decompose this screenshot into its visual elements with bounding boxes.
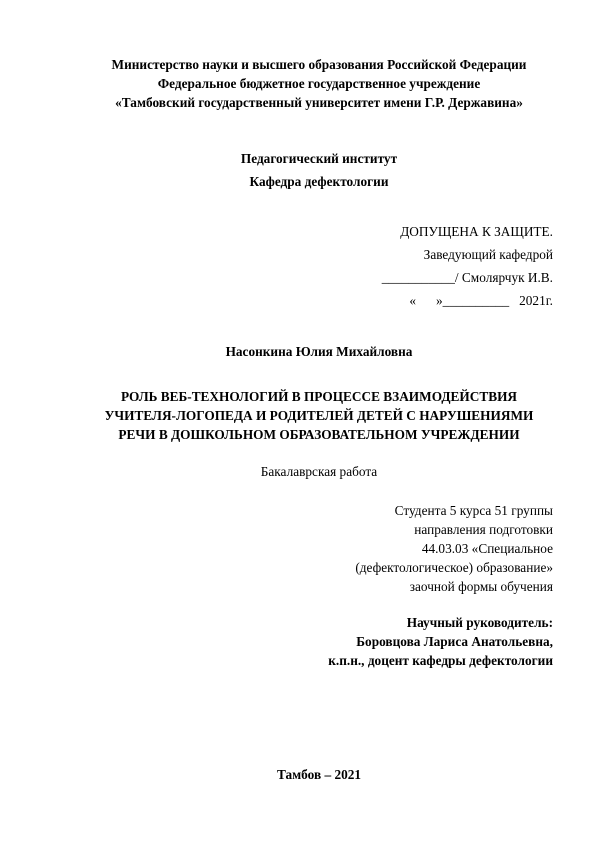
city-year: Тамбов – 2021 xyxy=(85,767,553,783)
approval-head-title: Заведующий кафедрой xyxy=(85,247,553,263)
thesis-title-line-2: УЧИТЕЛЯ-ЛОГОПЕДА И РОДИТЕЛЕЙ ДЕТЕЙ С НАР… xyxy=(85,408,553,424)
supervisor-name: Боровцова Лариса Анатольевна, xyxy=(85,634,553,650)
supervisor-label: Научный руководитель: xyxy=(85,615,553,631)
institute-line: Педагогический институт xyxy=(85,151,553,167)
author-name: Насонкина Юлия Михайловна xyxy=(85,344,553,360)
approval-status: ДОПУЩЕНА К ЗАЩИТЕ. xyxy=(85,224,553,240)
title-page: Министерство науки и высшего образования… xyxy=(85,0,553,841)
student-info-line-2: направления подготовки xyxy=(85,522,553,538)
approval-signature-line: ___________/ Смолярчук И.В. xyxy=(85,270,553,286)
work-type: Бакалаврская работа xyxy=(85,464,553,480)
student-info-line-5: заочной формы обучения xyxy=(85,579,553,595)
ministry-line: Министерство науки и высшего образования… xyxy=(85,57,553,73)
department-line: Кафедра дефектологии xyxy=(85,174,553,190)
student-info-line-4: (дефектологическое) образование» xyxy=(85,560,553,576)
student-info-line-1: Студента 5 курса 51 группы xyxy=(85,503,553,519)
approval-date-line: « »__________ 2021г. xyxy=(85,293,553,309)
student-info-line-3: 44.03.03 «Специальное xyxy=(85,541,553,557)
supervisor-position: к.п.н., доцент кафедры дефектологии xyxy=(85,653,553,669)
university-line: «Тамбовский государственный университет … xyxy=(85,95,553,111)
thesis-title-line-1: РОЛЬ ВЕБ-ТЕХНОЛОГИЙ В ПРОЦЕССЕ ВЗАИМОДЕЙ… xyxy=(85,389,553,405)
thesis-title-line-3: РЕЧИ В ДОШКОЛЬНОМ ОБРАЗОВАТЕЛЬНОМ УЧРЕЖД… xyxy=(85,427,553,443)
institution-type-line: Федеральное бюджетное государственное уч… xyxy=(85,76,553,92)
